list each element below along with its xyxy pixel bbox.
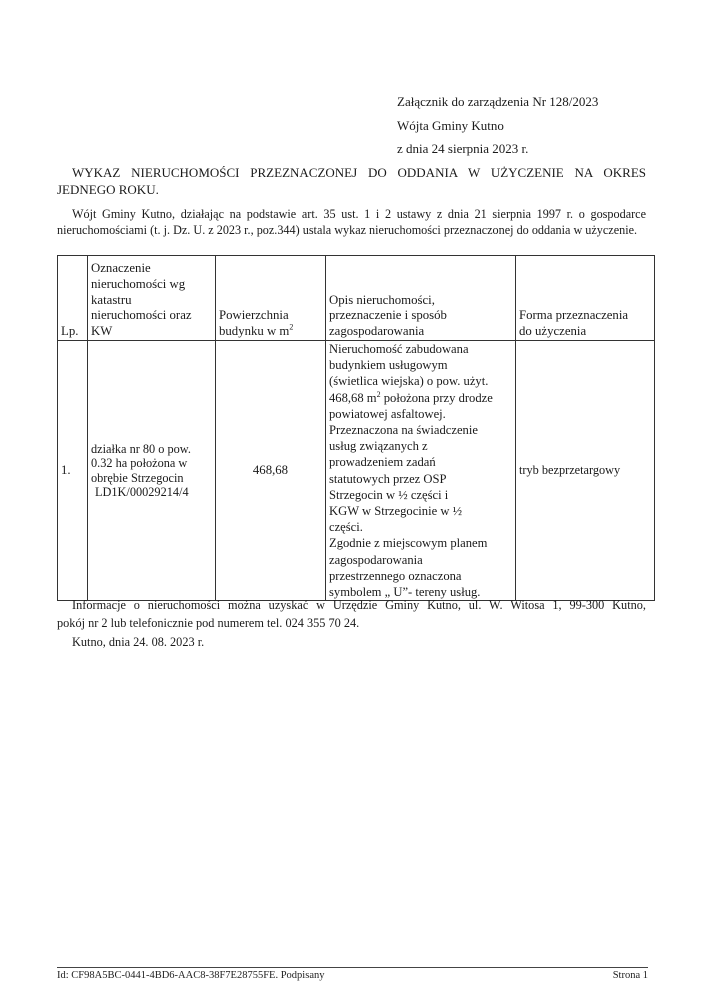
title-line-1: WYKAZ NIERUCHOMOŚCI PRZEZNACZONEJ DO ODD… [57,164,646,181]
cell-oznaczenie: działka nr 80 o pow. 0.32 ha położona w … [88,341,216,601]
property-table: Lp. Oznaczenie nieruchomości wg katastru… [57,255,655,601]
table-row: 1. działka nr 80 o pow. 0.32 ha położona… [58,341,655,601]
table-header-row: Lp. Oznaczenie nieruchomości wg katastru… [58,256,655,341]
cell-powierzchnia: 468,68 [216,341,326,601]
intro-paragraph: Wójt Gminy Kutno, działając na podstawie… [57,207,646,238]
land-register-number: LD1K/00029214/4 [91,485,212,500]
cell-forma: tryb bezprzetargowy [516,341,655,601]
header-oznaczenie: Oznaczenie nieruchomości wg katastru nie… [88,256,216,341]
cell-opis: Nieruchomość zabudowana budynkiem usługo… [326,341,516,601]
header-powierzchnia: Powierzchnia budynku w m2 [216,256,326,341]
contact-info-line-1: Informacje o nieruchomości można uzyskać… [57,597,646,615]
header-lp: Lp. [58,256,88,341]
cell-lp: 1. [58,341,88,601]
header-line-date: z dnia 24 sierpnia 2023 r. [397,137,598,161]
attachment-header: Załącznik do zarządzenia Nr 128/2023 Wój… [397,90,598,161]
contact-info-paragraph: Informacje o nieruchomości można uzyskać… [57,597,646,632]
place-and-date: Kutno, dnia 24. 08. 2023 r. [72,635,204,650]
footer-divider [57,967,648,968]
page-number: Strona 1 [613,970,648,981]
header-opis: Opis nieruchomości, przeznaczenie i spos… [326,256,516,341]
document-title: WYKAZ NIERUCHOMOŚCI PRZEZNACZONEJ DO ODD… [57,164,646,198]
contact-info-line-2: pokój nr 2 lub telefonicznie pod numerem… [57,616,359,630]
header-line-official: Wójta Gminy Kutno [397,114,598,138]
document-id: Id: CF98A5BC-0441-4BD6-AAC8-38F7E28755FE… [57,970,324,981]
header-forma: Forma przeznaczenia do użyczenia [516,256,655,341]
header-line-ordinance: Załącznik do zarządzenia Nr 128/2023 [397,90,598,114]
title-line-2: JEDNEGO ROKU. [57,182,159,197]
intro-text: Wójt Gminy Kutno, działając na podstawie… [57,207,646,238]
